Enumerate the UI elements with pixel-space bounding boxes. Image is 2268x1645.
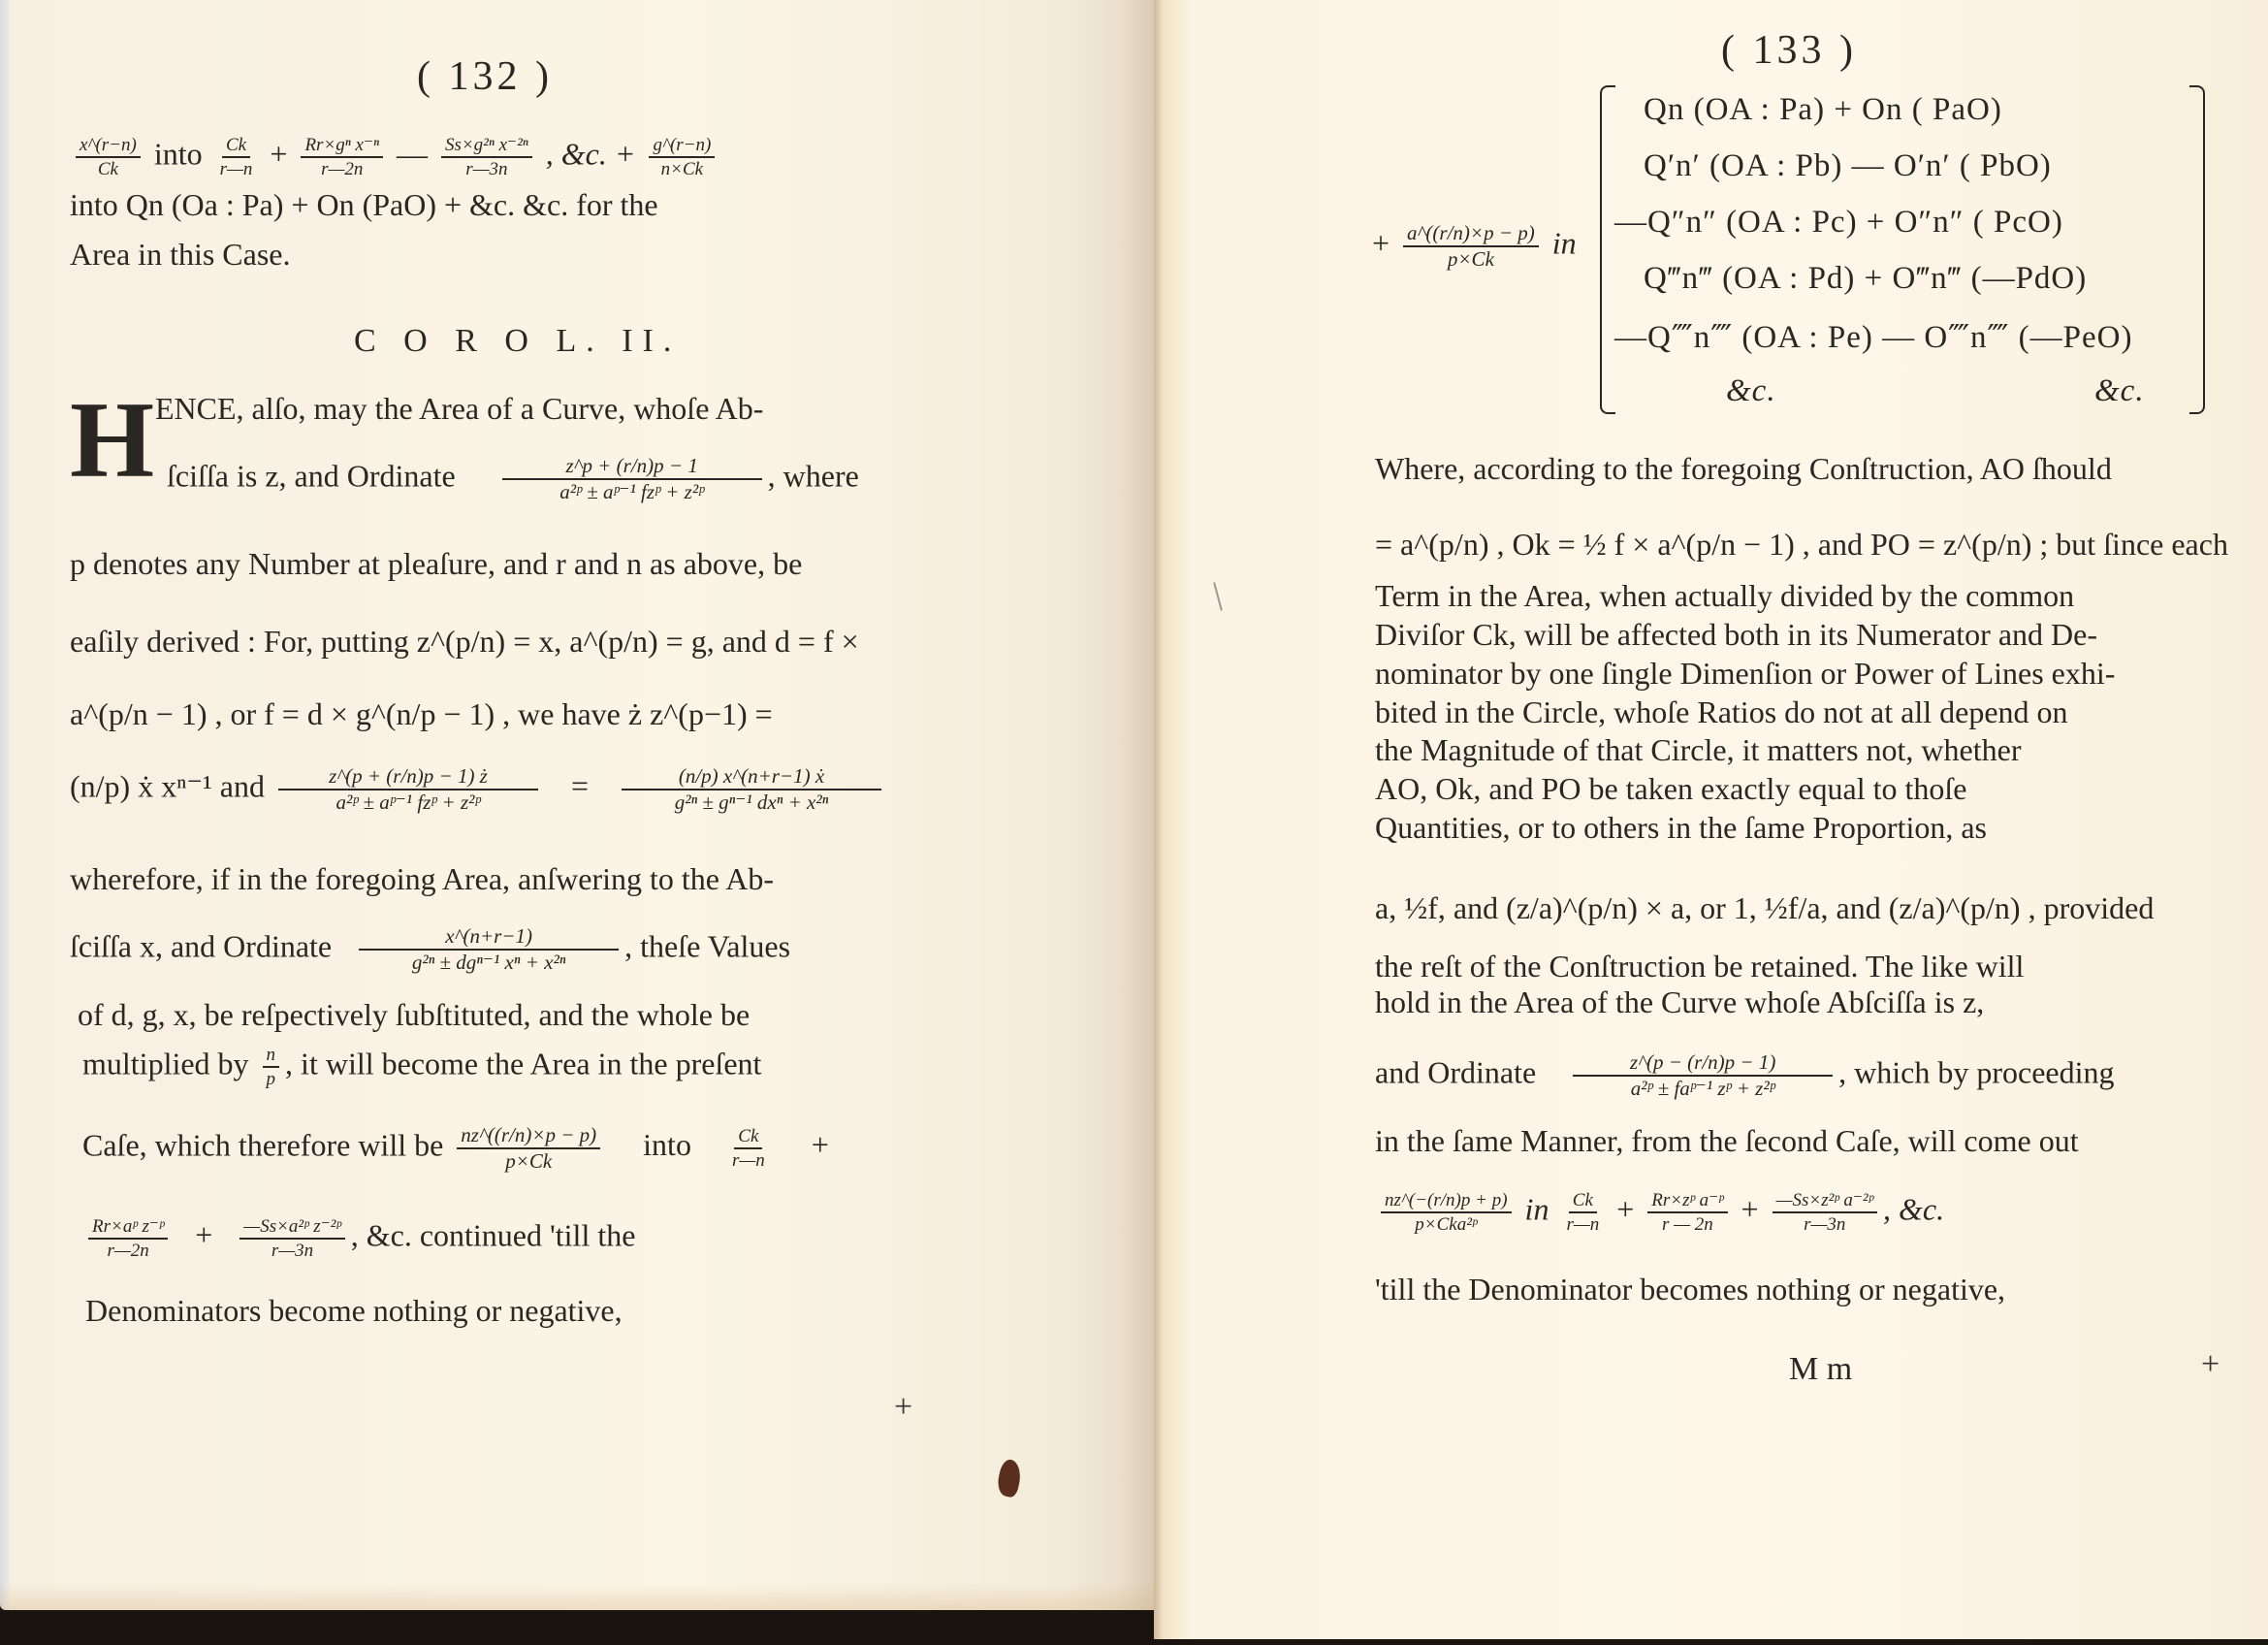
fraction: —Ss×a²ᵖ z⁻²ᵖr—3n (240, 1217, 344, 1260)
formula-line: ſciſſa x, and Ordinate x^(n+r−1)g²ⁿ ± dg… (70, 926, 790, 973)
text-line: nominator by one ſingle Dimenſion or Pow… (1375, 658, 2115, 689)
text-line: the Magnitude of that Circle, it matters… (1375, 734, 2021, 765)
text-line: eaſily derived : For, putting z^(p/n) = … (70, 626, 859, 657)
fraction: Ckr—n (1562, 1191, 1603, 1234)
signature-mark: + (2201, 1346, 2220, 1383)
fraction: g^(r−n)n×Ck (649, 136, 715, 178)
formula-line: (n/p) ẋ xⁿ⁻¹ and z^(p + (r/n)p − 1) ża²ᵖ… (70, 766, 887, 813)
bracket-row: —Q″n″ (OA : Pc) + O″n″ ( PcO) (1614, 205, 2063, 241)
fraction: a^((r/n)×p − p)p×Ck (1403, 223, 1539, 270)
text-line: ſciſſa is z, and Ordinate z^p + (r/n)p −… (167, 456, 859, 502)
text-line: p denotes any Number at pleaſure, and r … (70, 548, 802, 579)
section-heading: C O R O L. II. (354, 323, 681, 360)
fraction: Ckr—n (216, 136, 257, 178)
formula-line: Rr×aᵖ z⁻ᵖr—2n + —Ss×a²ᵖ z⁻²ᵖr—3n, &c. co… (82, 1217, 635, 1260)
fraction: z^p + (r/n)p − 1a²ᵖ ± aᵖ⁻¹ fzᵖ + z²ᵖ (502, 456, 762, 502)
fraction: z^(p − (r/n)p − 1)a²ᵖ ± faᵖ⁻¹ zᵖ + z²ᵖ (1573, 1052, 1833, 1099)
ink-stain (995, 1458, 1023, 1499)
formula-line: and Ordinate z^(p − (r/n)p − 1)a²ᵖ ± faᵖ… (1375, 1052, 2115, 1099)
bracket-etc: &c. (1726, 373, 1776, 409)
bracket-etc: &c. (2094, 373, 2145, 409)
page-number: ( 132 ) (417, 53, 553, 100)
fraction: Rr×gⁿ x⁻ⁿr—2n (301, 136, 383, 178)
fraction: x^(n+r−1)g²ⁿ ± dgⁿ⁻¹ xⁿ + x²ⁿ (359, 926, 619, 973)
bracket-row: Q‴n‴ (OA : Pd) + O‴n‴ (—PdO) (1644, 261, 2087, 297)
fraction: np (263, 1046, 280, 1088)
formula-line: x^(r−n)Ck into Ckr—n + Rr×gⁿ x⁻ⁿr—2n — S… (70, 136, 720, 178)
text-line: Diviſor Ck, will be affected both in its… (1375, 619, 2097, 650)
text-line: bited in the Circle, whoſe Ratios do not… (1375, 696, 2068, 727)
fraction: Ss×g²ⁿ x⁻²ⁿr—3n (441, 136, 532, 178)
right-bracket (2189, 85, 2205, 414)
fraction: x^(r−n)Ck (76, 136, 141, 178)
text-line: 'till the Denominator becomes nothing or… (1375, 1274, 2005, 1305)
fraction: —Ss×z²ᵖ a⁻²ᵖr—3n (1773, 1191, 1877, 1234)
text-line: Quantities, or to others in the ſame Pro… (1375, 812, 1987, 843)
text-line: a^(p/n − 1) , or f = d × g^(n/p − 1) , w… (70, 698, 773, 729)
right-page: ( 133 ) + a^((r/n)×p − p)p×Ck in Qn (OA … (1154, 0, 2268, 1639)
left-page: ( 132 ) x^(r−n)Ck into Ckr—n + Rr×gⁿ x⁻ⁿ… (0, 0, 1154, 1610)
text-line: Term in the Area, when actually divided … (1375, 580, 2074, 611)
text-line: the reſt of the Conſtruction be retained… (1375, 951, 2024, 982)
fraction: nz^(−(r/n)p + p)p×Cka²ᵖ (1381, 1191, 1512, 1234)
text-line: of d, g, x, be reſpectively ſubſtituted,… (78, 999, 750, 1030)
text-line: ENCE, alſo, may the Area of a Curve, who… (155, 393, 763, 424)
formula-prefix: + a^((r/n)×p − p)p×Ck in (1372, 223, 1577, 270)
fraction: Rr×zᵖ a⁻ᵖr — 2n (1647, 1191, 1727, 1234)
text-line: Where, according to the foregoing Conſtr… (1375, 453, 2112, 484)
signature-mark: + (894, 1389, 912, 1426)
text-line: AO, Ok, and PO be taken exactly equal to… (1375, 773, 1967, 804)
pencil-mark (1213, 582, 1223, 610)
text-line: Denominators become nothing or negative, (85, 1295, 623, 1326)
bracket-row: Q′n′ (OA : Pb) — O′n′ ( PbO) (1644, 148, 2052, 184)
bracket-row: —Q⁗n⁗ (OA : Pe) — O⁗n⁗ (—PeO) (1614, 317, 2133, 356)
text-line: = a^(p/n) , Ok = ½ f × a^(p/n − 1) , and… (1375, 529, 2228, 560)
text-line: in the ſame Manner, from the ſecond Caſe… (1375, 1125, 2079, 1156)
fraction: Rr×aᵖ z⁻ᵖr—2n (88, 1217, 168, 1260)
text-line: a, ½f, and (z/a)^(p/n) × a, or 1, ½f/a, … (1375, 892, 2154, 923)
formula-line: multiplied by np, it will become the Are… (82, 1046, 761, 1088)
left-bracket (1600, 85, 1615, 414)
drop-cap: H (70, 386, 154, 495)
fraction: nz^((r/n)×p − p)p×Ck (457, 1125, 600, 1172)
text-line: Area in this Case. (70, 239, 291, 270)
bracket-row: Qn (OA : Pa) + On ( PaO) (1644, 92, 2002, 128)
text-line: wherefore, if in the foregoing Area, anſ… (70, 863, 774, 894)
fraction: (n/p) x^(n+r−1) ẋg²ⁿ ± gⁿ⁻¹ dxⁿ + x²ⁿ (622, 766, 881, 813)
page-number: ( 133 ) (1721, 27, 1857, 74)
text-line: hold in the Area of the Curve whoſe Abſc… (1375, 986, 1984, 1017)
signature: M m (1789, 1353, 1852, 1386)
fraction: z^(p + (r/n)p − 1) ża²ᵖ ± aᵖ⁻¹ fzᵖ + z²ᵖ (278, 766, 538, 813)
formula-line: Caſe, which therefore will be nz^((r/n)×… (82, 1125, 829, 1172)
text-line: into Qn (Oa : Pa) + On (PaO) + &c. &c. f… (70, 189, 913, 220)
fraction: Ckr—n (728, 1127, 769, 1170)
formula-line: nz^(−(r/n)p + p)p×Cka²ᵖ in Ckr—n + Rr×zᵖ… (1375, 1191, 1944, 1234)
